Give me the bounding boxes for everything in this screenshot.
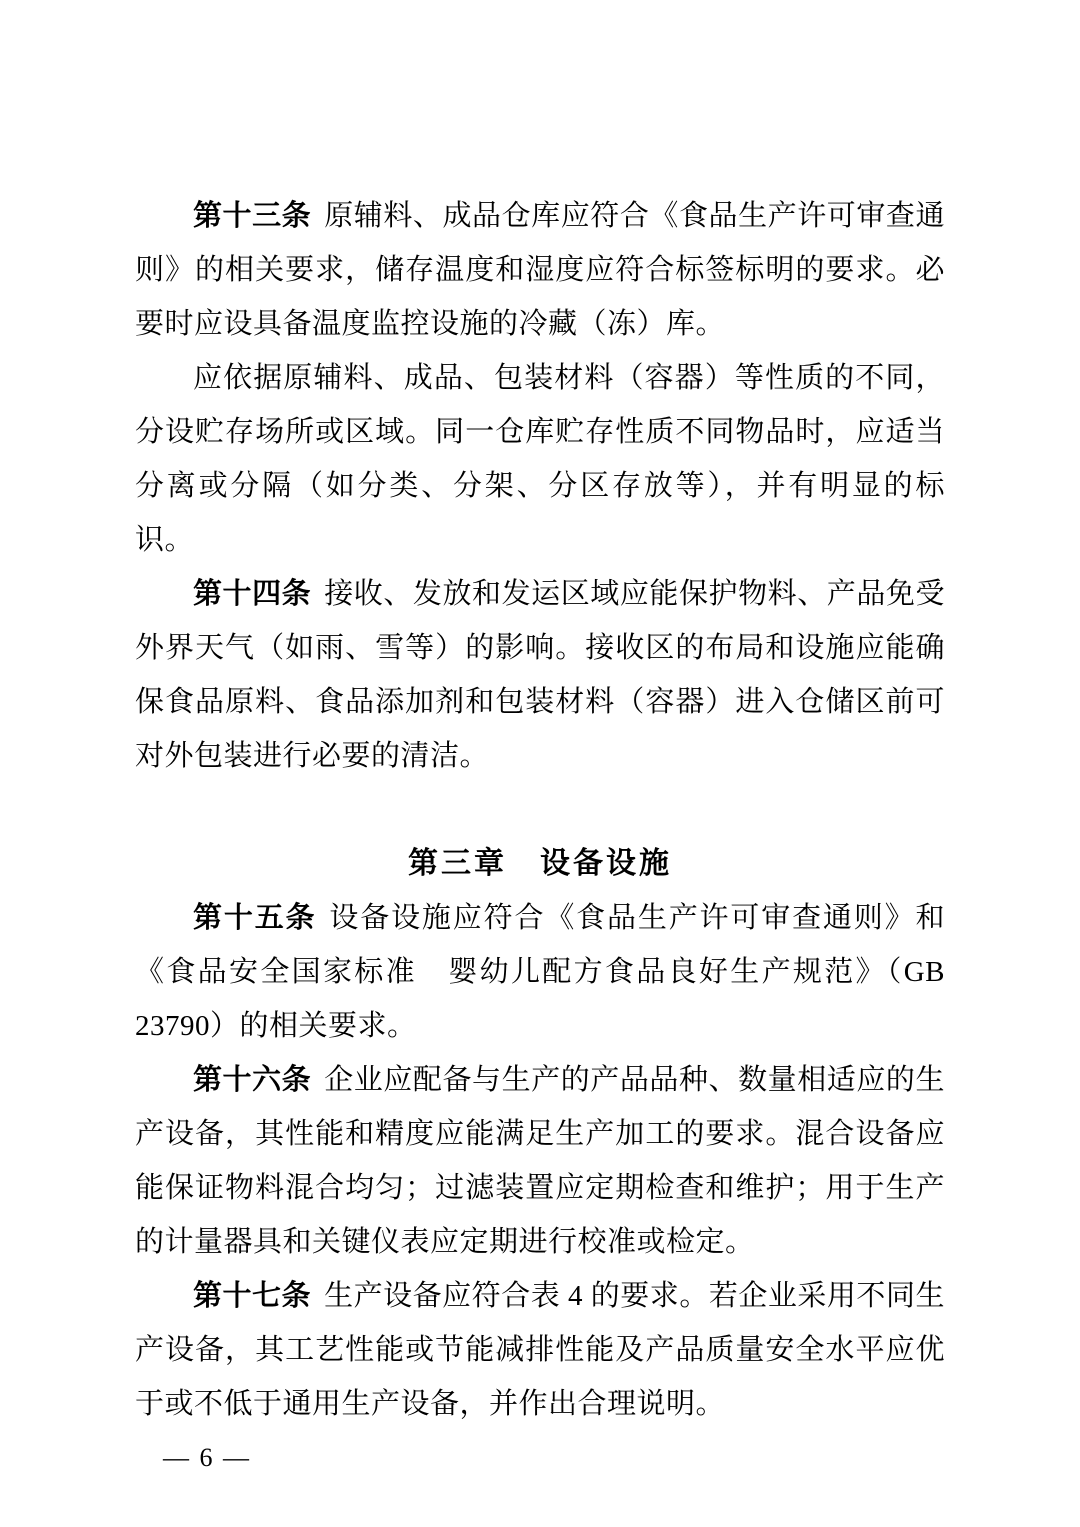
article-text-storage-separation: 应依据原辅料、成品、包装材料（容器）等性质的不同，分设贮存场所或区域。同一仓库贮… [135,362,945,556]
article-number-13: 第十三条 [193,200,311,232]
article-number-16: 第十六条 [193,1064,311,1096]
para-article-15: 第十五条设备设施应符合《食品生产许可审查通则》和《食品安全国家标准 婴幼儿配方食… [135,891,945,1053]
para-article-13: 第十三条原辅料、成品仓库应符合《食品生产许可审查通则》的相关要求，储存温度和湿度… [135,189,945,351]
article-number-15: 第十五条 [193,902,316,934]
document-page: 第十三条原辅料、成品仓库应符合《食品生产许可审查通则》的相关要求，储存温度和湿度… [0,0,1080,1527]
para-storage-separation: 应依据原辅料、成品、包装材料（容器）等性质的不同，分设贮存场所或区域。同一仓库贮… [135,351,945,567]
article-number-17: 第十七条 [193,1280,311,1312]
para-article-17: 第十七条生产设备应符合表 4 的要求。若企业采用不同生产设备，其工艺性能或节能减… [135,1269,945,1431]
para-article-16: 第十六条企业应配备与生产的产品品种、数量相适应的生产设备，其性能和精度应能满足生… [135,1053,945,1269]
chapter-3-heading: 第三章 设备设施 [135,837,945,891]
article-number-14: 第十四条 [193,578,311,610]
para-article-14: 第十四条接收、发放和发运区域应能保护物料、产品免受外界天气（如雨、雪等）的影响。… [135,567,945,783]
page-number: — 6 — [135,1439,945,1477]
